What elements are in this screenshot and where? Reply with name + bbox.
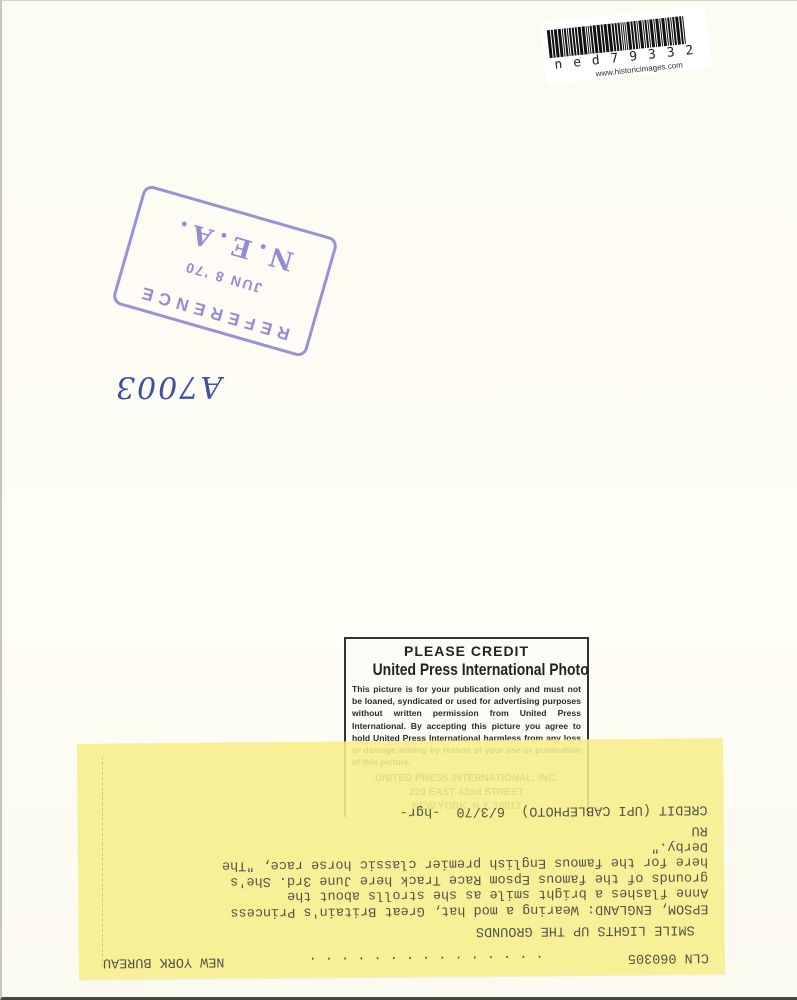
reference-stamp: REFERENCE JUN 8 '70 N.E.A. (111, 184, 339, 359)
barcode-label: ned79332 www.historicimages.com (540, 6, 712, 85)
caption-text: CLN 060305 . . . . . . . . . . . . . . .… (101, 752, 709, 969)
caption-credit-line: CREDIT (UPI CABLEPHOTO) 6/3/70 -hgr- (102, 801, 708, 822)
credit-stamp-brand: United Press International Photo (373, 660, 561, 680)
fold-line (102, 757, 104, 967)
caption-slug: CLN 060305 . . . . . . . . . . . . . . .… (103, 949, 709, 970)
caption-initials: -hgr- (400, 804, 441, 819)
handwritten-note: A7003 (114, 369, 222, 404)
caption-credit: CREDIT (UPI CABLEPHOTO) (521, 801, 707, 818)
caption-date: 6/3/70 (456, 803, 505, 818)
photo-back-paper: ned79332 www.historicimages.com REFERENC… (0, 0, 797, 1000)
credit-stamp-heading: PLEASE CREDIT (352, 643, 581, 659)
caption-headline: SMILE LIGHTS UP THE GROUNDS (103, 921, 709, 942)
caption-sheet: CLN 060305 . . . . . . . . . . . . . . .… (77, 738, 725, 980)
slug-dots: . . . . . . . . . . . . . . . (309, 950, 544, 968)
slug-bureau: NEW YORK BUREAU (103, 953, 225, 970)
slug-id: CLN 060305 (628, 949, 709, 965)
